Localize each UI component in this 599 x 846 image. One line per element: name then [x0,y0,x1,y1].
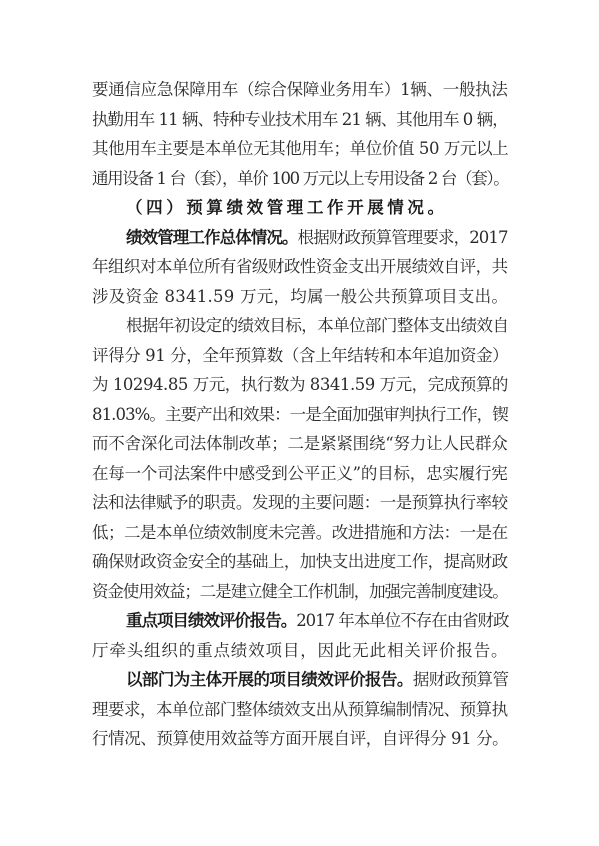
text-line: 通用设备 1 台（套），单价 100 万元以上专用设备 2 台（套）。 [92,164,508,194]
section-heading-text: （四）预算绩效管理工作开展情况。 [126,198,448,217]
text-line: 执勤用车 11 辆、特种专业技术用车 21 辆、其他用车 0 辆， [92,105,508,135]
paragraph-start: 根据年初设定的绩效目标，本单位部门整体支出绩效自 [92,311,508,341]
line-text: 行情况、预算使用效益等方面开展自评，自评得分 91 分。 [92,729,508,748]
line-text: 其他用车主要是本单位无其他用车；单位价值 50 万元以上 [92,139,508,158]
text-line: 为 10294.85 万元，执行数为 8341.59 万元，完成预算的 [92,370,508,400]
text-line: 确保财政资金安全的基础上，加快支出进度工作，提高财政 [92,547,508,577]
text-line: 低；二是本单位绩效制度未完善。改进措施和方法：一是在 [92,518,508,548]
text-line: 厅牵头组织的重点绩效项目，因此无此相关评价报告。 [92,636,508,666]
text-line: 行情况、预算使用效益等方面开展自评，自评得分 91 分。 [92,724,508,754]
text-line: 评得分 91 分，全年预算数（含上年结转和本年追加资金） [92,341,508,371]
paragraph-lead-heading: 绩效管理工作总体情况。 [126,228,298,247]
line-text: 为 10294.85 万元，执行数为 8341.59 万元，完成预算的 [92,375,508,394]
line-text: 通用设备 1 台（套），单价 100 万元以上专用设备 2 台（套）。 [92,169,508,188]
line-text: 2017 年本单位不存在由省财政 [296,611,508,630]
text-line: 法和法律赋予的职责。发现的主要问题：一是预算执行率较 [92,488,508,518]
paragraph-start: 绩效管理工作总体情况。根据财政预算管理要求，2017 [92,223,508,253]
text-line: 资金使用效益；二是建立健全工作机制，加强完善制度建设。 [92,577,508,607]
line-text: 要通信应急保障用车（综合保障业务用车）1辆、一般执法 [92,80,508,99]
line-text: 评得分 91 分，全年预算数（含上年结转和本年追加资金） [92,346,508,365]
line-text: 根据财政预算管理要求，2017 [298,228,508,247]
document-page: 要通信应急保障用车（综合保障业务用车）1辆、一般执法 执勤用车 11 辆、特种专… [92,75,508,754]
line-text: 81.03%。主要产出和效果：一是全面加强审判执行工作，锲 [92,405,508,424]
line-text: 资金使用效益；二是建立健全工作机制，加强完善制度建设。 [92,582,508,601]
section-heading: （四）预算绩效管理工作开展情况。 [92,193,508,223]
line-text: 在每一个司法案件中感受到公平正义”的目标，忠实履行宪 [92,464,508,483]
text-line: 年组织对本单位所有省级财政性资金支出开展绩效自评，共 [92,252,508,282]
line-text: 理要求，本单位部门整体绩效支出从预算编制情况、预算执 [92,700,508,719]
paragraph-lead-heading: 以部门为主体开展的项目绩效评价报告。 [126,670,413,689]
line-text: 年组织对本单位所有省级财政性资金支出开展绩效自评，共 [92,257,508,276]
text-line: 要通信应急保障用车（综合保障业务用车）1辆、一般执法 [92,75,508,105]
text-line: 在每一个司法案件中感受到公平正义”的目标，忠实履行宪 [92,459,508,489]
line-text: 执勤用车 11 辆、特种专业技术用车 21 辆、其他用车 0 辆， [92,110,508,129]
line-text: 确保财政资金安全的基础上，加快支出进度工作，提高财政 [92,552,508,571]
text-line: 81.03%。主要产出和效果：一是全面加强审判执行工作，锲 [92,400,508,430]
text-line: 其他用车主要是本单位无其他用车；单位价值 50 万元以上 [92,134,508,164]
paragraph-lead-heading: 重点项目绩效评价报告。 [126,611,296,630]
line-text: 而不舍深化司法体制改革；二是紧紧围绕“努力让人民群众 [92,434,508,453]
line-text: 低；二是本单位绩效制度未完善。改进措施和方法：一是在 [92,523,508,542]
paragraph-start: 以部门为主体开展的项目绩效评价报告。据财政预算管 [92,665,508,695]
line-text: 涉及资金 8341.59 万元，均属一般公共预算项目支出。 [92,287,508,306]
paragraph-start: 重点项目绩效评价报告。2017 年本单位不存在由省财政 [92,606,508,636]
line-text: 根据年初设定的绩效目标，本单位部门整体支出绩效自 [126,316,508,335]
line-text: 厅牵头组织的重点绩效项目，因此无此相关评价报告。 [92,641,508,660]
line-text: 据财政预算管 [413,670,509,689]
text-line: 而不舍深化司法体制改革；二是紧紧围绕“努力让人民群众 [92,429,508,459]
text-line: 理要求，本单位部门整体绩效支出从预算编制情况、预算执 [92,695,508,725]
text-line: 涉及资金 8341.59 万元，均属一般公共预算项目支出。 [92,282,508,312]
line-text: 法和法律赋予的职责。发现的主要问题：一是预算执行率较 [92,493,508,512]
